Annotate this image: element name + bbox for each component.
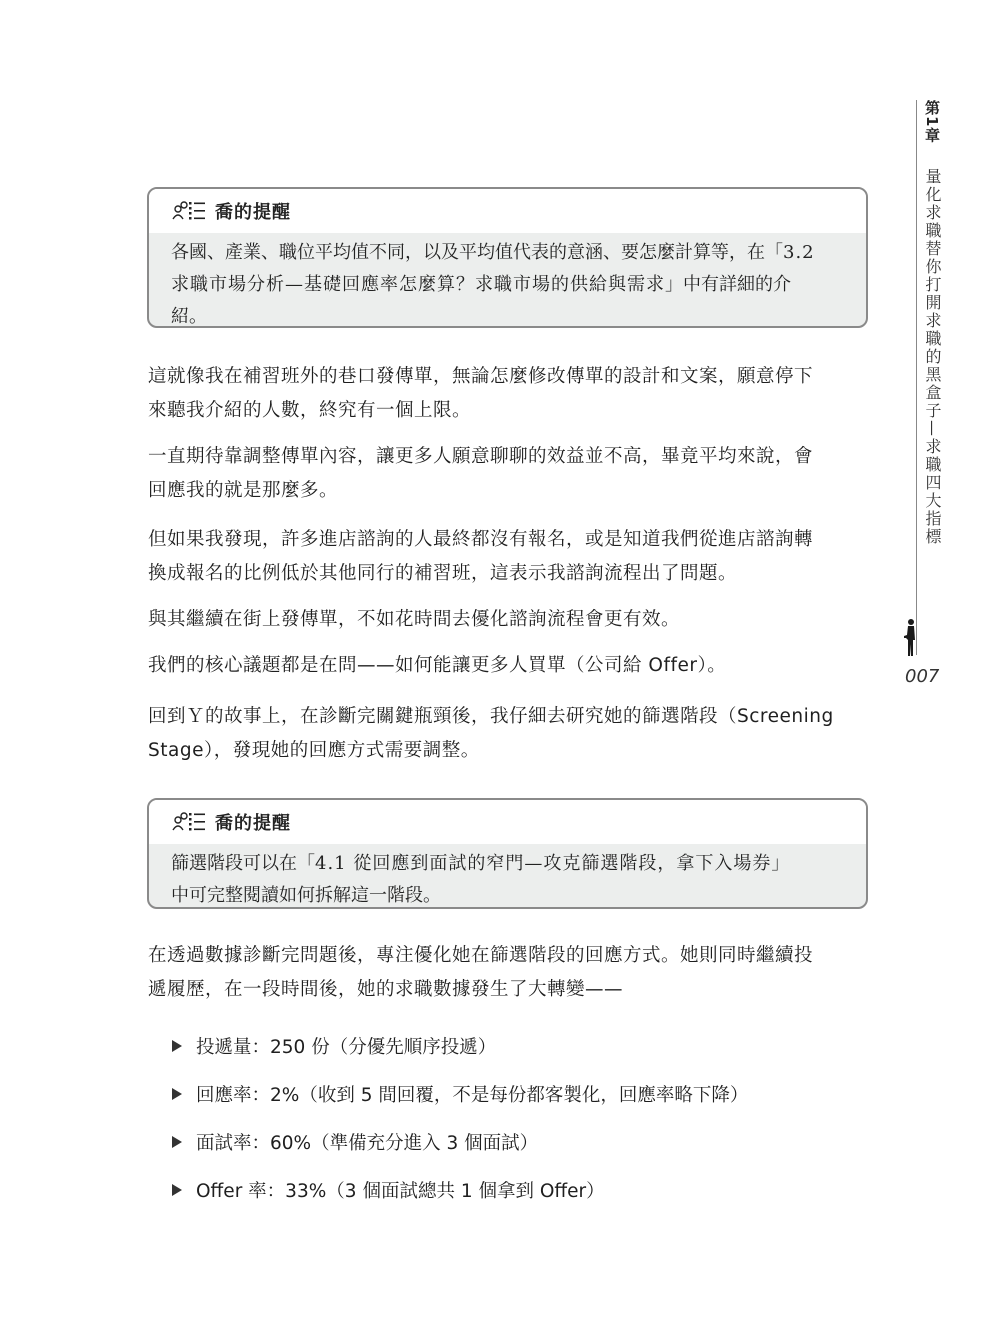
text-line: 這就像我在補習班外的巷口發傳單，無論怎麼修改傳單的設計和文案，願意停下 xyxy=(148,360,872,394)
list-item-text: 回應率：2%（收到 5 間回覆，不是每份都客製化，回應率略下降） xyxy=(196,1081,748,1107)
text-line: 遞履歷，在一段時間後，她的求職數據發生了大轉變—— xyxy=(148,973,872,1007)
reminder-text: 紹。 xyxy=(171,306,207,327)
person-silhouette-icon xyxy=(903,618,917,658)
list-item-text: Offer 率：33%（3 個面試總共 1 個拿到 Offer） xyxy=(196,1177,605,1203)
reminder-text: 」 xyxy=(771,853,789,874)
text-line: 換成報名的比例低於其他同行的補習班，這表示我諮詢流程出了問題。 xyxy=(148,557,872,591)
reminder-box-2: 喬的提醒 篩選階段可以在「4.1 從回應到面試的窄門—攻克篩選階段，拿下入場券」… xyxy=(147,798,868,909)
text-line: 與其繼續在街上發傳單，不如花時間去優化諮詢流程會更有效。 xyxy=(148,603,872,637)
reminder-title: 喬的提醒 xyxy=(215,809,291,835)
text-line: 在透過數據診斷完問題後，專注優化她在篩選階段的回應方式。她則同時繼續投 xyxy=(148,939,872,973)
paragraph-5: 我們的核心議題都是在問——如何能讓更多人買單（公司給 Offer）。 xyxy=(148,649,872,683)
reminder-reference: 求職市場分析—基礎回應率怎麼算？求職市場的供給與需求 xyxy=(171,274,665,295)
triangle-bullet-icon xyxy=(172,1088,182,1100)
text-line: 我們的核心議題都是在問——如何能讓更多人買單（公司給 Offer）。 xyxy=(148,649,872,683)
list-item-text: 投遞量：250 份（分優先順序投遞） xyxy=(196,1033,496,1059)
reminder-body: 各國、產業、職位平均值不同，以及平均值代表的意涵、要怎麼計算等，在「3.2 求職… xyxy=(149,233,866,328)
list-item: 面試率：60%（準備充分進入 3 個面試） xyxy=(172,1118,852,1166)
reminder-text: 中可完整閱讀如何拆解這一階段。 xyxy=(171,885,441,906)
list-item: Offer 率：33%（3 個面試總共 1 個拿到 Offer） xyxy=(172,1166,852,1214)
reminder-title: 喬的提醒 xyxy=(215,198,291,224)
reminder-text: 篩選階段可以在「 xyxy=(171,853,315,874)
paragraph-1: 這就像我在補習班外的巷口發傳單，無論怎麼修改傳單的設計和文案，願意停下 來聽我介… xyxy=(148,360,872,428)
reminder-reference: 4.1 從回應到面試的窄門—攻克篩選階段，拿下入場券 xyxy=(315,853,771,874)
coach-list-icon xyxy=(171,811,209,833)
chapter-title: 量化求職替你打開求職的黑盒子—求職四大指標 xyxy=(922,168,942,546)
text-line: 回到Ｙ的故事上，在診斷完關鍵瓶頸後，我仔細去研究她的篩選階段（Screening xyxy=(148,700,872,734)
list-item-text: 面試率：60%（準備充分進入 3 個面試） xyxy=(196,1129,538,1155)
reminder-text: 各國、產業、職位平均值不同，以及平均值代表的意涵、要怎麼計算等，在「 xyxy=(171,242,783,263)
paragraph-7: 在透過數據診斷完問題後，專注優化她在篩選階段的回應方式。她則同時繼續投 遞履歷，… xyxy=(148,939,872,1007)
reminder-box-1: 喬的提醒 各國、產業、職位平均值不同，以及平均值代表的意涵、要怎麼計算等，在「3… xyxy=(147,187,868,328)
reminder-header: 喬的提醒 xyxy=(149,189,866,233)
metrics-list: 投遞量：250 份（分優先順序投遞） 回應率：2%（收到 5 間回覆，不是每份都… xyxy=(172,1022,852,1214)
book-page: 喬的提醒 各國、產業、職位平均值不同，以及平均值代表的意涵、要怎麼計算等，在「3… xyxy=(0,0,1000,1341)
page-number: 007 xyxy=(905,666,939,687)
triangle-bullet-icon xyxy=(172,1040,182,1052)
paragraph-3: 但如果我發現，許多進店諮詢的人最終都沒有報名，或是知道我們從進店諮詢轉 換成報名… xyxy=(148,523,872,591)
reminder-body: 篩選階段可以在「4.1 從回應到面試的窄門—攻克篩選階段，拿下入場券」 中可完整… xyxy=(149,844,866,909)
reminder-text: 」中有詳細的介 xyxy=(665,274,791,295)
paragraph-6: 回到Ｙ的故事上，在診斷完關鍵瓶頸後，我仔細去研究她的篩選階段（Screening… xyxy=(148,700,872,768)
text-line: 一直期待靠調整傳單內容，讓更多人願意聊聊的效益並不高，畢竟平均來說，會 xyxy=(148,440,872,474)
text-line: 但如果我發現，許多進店諮詢的人最終都沒有報名，或是知道我們從進店諮詢轉 xyxy=(148,523,872,557)
reminder-reference: 3.2 xyxy=(783,242,815,263)
list-item: 投遞量：250 份（分優先順序投遞） xyxy=(172,1022,852,1070)
text-line: 回應我的就是那麼多。 xyxy=(148,474,872,508)
text-line: 來聽我介紹的人數，終究有一個上限。 xyxy=(148,394,872,428)
paragraph-4: 與其繼續在街上發傳單，不如花時間去優化諮詢流程會更有效。 xyxy=(148,603,872,637)
paragraph-2: 一直期待靠調整傳單內容，讓更多人願意聊聊的效益並不高，畢竟平均來說，會 回應我的… xyxy=(148,440,872,508)
side-rail-divider xyxy=(916,100,917,655)
list-item: 回應率：2%（收到 5 間回覆，不是每份都客製化，回應率略下降） xyxy=(172,1070,852,1118)
text-line: Stage），發現她的回應方式需要調整。 xyxy=(148,734,872,768)
coach-list-icon xyxy=(171,200,209,222)
chapter-label: 第1章 xyxy=(922,100,942,143)
triangle-bullet-icon xyxy=(172,1136,182,1148)
triangle-bullet-icon xyxy=(172,1184,182,1196)
reminder-header: 喬的提醒 xyxy=(149,800,866,844)
